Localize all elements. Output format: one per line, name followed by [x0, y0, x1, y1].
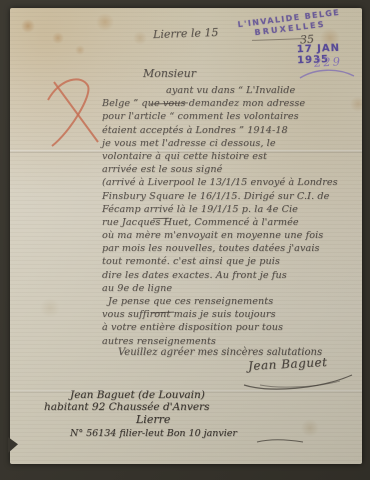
signature-flourish [240, 369, 360, 393]
dateline: Lierre le 15 [153, 26, 219, 41]
letter-line: je vous met l'adresse ci dessous, le [102, 137, 352, 150]
letter-line: où ma mère m'envoyait en moyenne une foi… [102, 229, 352, 242]
letter-line: autres renseignements [102, 335, 352, 348]
letter-line: Fécamp arrivé là le 19/1/15 p. la 4e Cie [102, 203, 352, 216]
letter-line: ayant vu dans “ L'Invalide [166, 84, 352, 97]
letter-body: ayant vu dans “ L'Invalide Belge ” que v… [102, 84, 352, 348]
letter-line: arrivée est le sous signé [102, 163, 352, 176]
scanned-letter-page: Lierre le 15 35 L'INVALIDE BELGE BRUXELL… [0, 0, 370, 480]
letter-line: à votre entière disposition pour tous [102, 321, 352, 334]
sender-registration-number: N° 56134 filier-leut Bon 10 janvier [70, 428, 237, 439]
letter-line: étaient acceptés à Londres ” 1914-18 [102, 124, 352, 137]
letter-line: Je pense que ces renseignements [108, 295, 352, 308]
sender-city: Lierre [136, 413, 170, 426]
sender-street: habitant 92 Chaussée d'Anvers [44, 401, 209, 413]
letter-line: par mois les nouvelles, toutes datées j'… [102, 242, 352, 255]
letter-line: rue Jacques Huet, Commencé à l'armée [102, 216, 352, 229]
reference-underline-flourish [298, 66, 358, 82]
letter-line: Finsbury Square le 16/1/15. Dirigé sur C… [102, 190, 352, 203]
letter-line: dire les dates exactes. Au front je fus [102, 269, 352, 282]
red-margin-check-mark [40, 72, 110, 152]
letter-line: vous suffiront mais je suis toujours [102, 308, 352, 321]
salutation: Monsieur [143, 67, 196, 80]
letter-line: (arrivé à Liverpool le 13/1/15 envoyé à … [102, 176, 352, 189]
letter-line: pour l'article “ comment les volontaires [102, 110, 352, 123]
letter-line: au 9e de ligne [102, 282, 352, 295]
letter-line: Belge ” que vous demandez mon adresse [102, 97, 352, 110]
signature-block: Jean Baguet [240, 357, 360, 391]
sender-name: Jean Baguet (de Louvain) [70, 389, 205, 401]
letter-line: tout remonté. c'est ainsi que je puis [102, 255, 352, 268]
address-underline-flourish [255, 436, 305, 446]
letter-line: volontaire à qui cette histoire est [102, 150, 352, 163]
